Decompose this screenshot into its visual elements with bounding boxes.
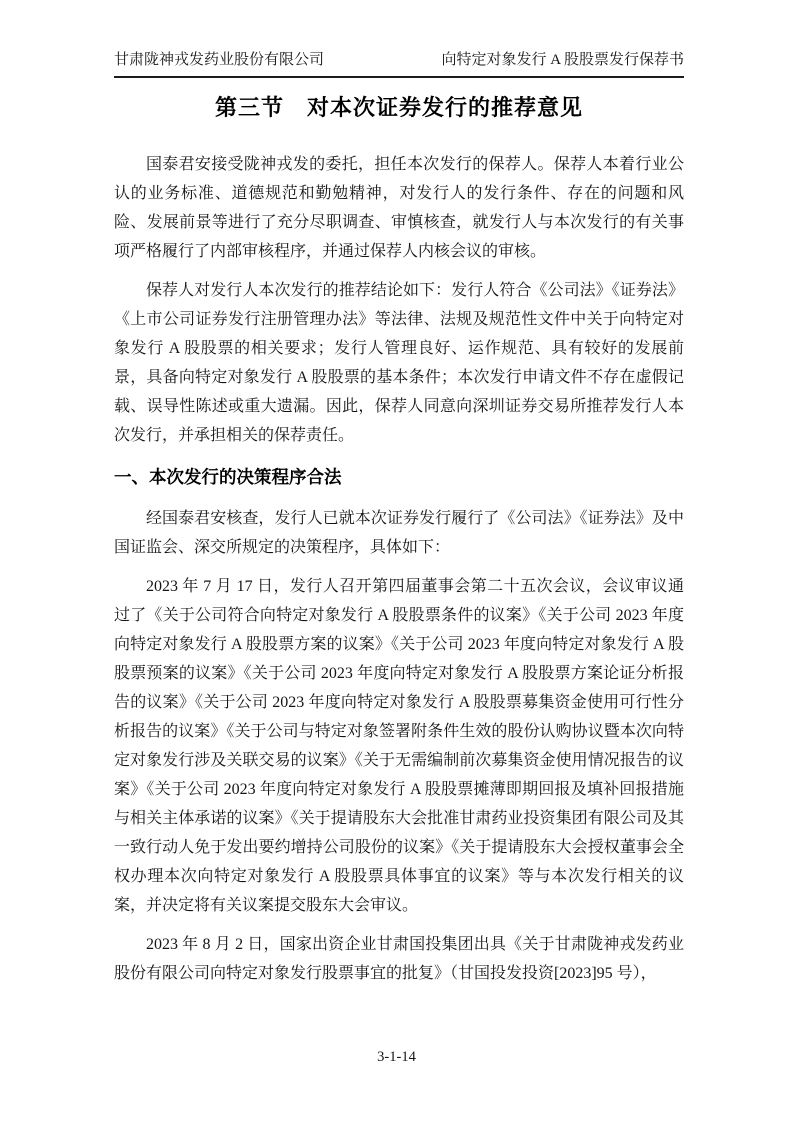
section-one-paragraph-1: 经国泰君安核查，发行人已就本次证券发行履行了《公司法》《证券法》及中国证监会、深… [114,504,684,562]
section-one-paragraph-3: 2023 年 8 月 2 日，国家出资企业甘肃国投集团出具《关于甘肃陇神戎发药业… [114,930,684,988]
section-one-paragraph-2: 2023 年 7 月 17 日，发行人召开第四届董事会第二十五次会议，会议审议通… [114,572,684,920]
header-document-title: 向特定对象发行 A 股股票发行保荐书 [441,50,684,71]
page-header: 甘肃陇神戎发药业股份有限公司 向特定对象发行 A 股股票发行保荐书 [114,50,684,78]
page-number: 3-1-14 [377,1049,416,1065]
page-footer: 3-1-14 [0,1049,793,1066]
section-one-heading: 一、本次发行的决策程序合法 [114,465,684,490]
intro-paragraph-1: 国泰君安接受陇神戎发的委托，担任本次发行的保荐人。保荐人本着行业公认的业务标准、… [114,150,684,266]
header-company-name: 甘肃陇神戎发药业股份有限公司 [114,50,324,71]
intro-paragraph-2: 保荐人对发行人本次发行的推荐结论如下：发行人符合《公司法》《证券法》《上市公司证… [114,276,684,450]
chapter-title: 第三节 对本次证券发行的推荐意见 [114,93,684,123]
document-page: 甘肃陇神戎发药业股份有限公司 向特定对象发行 A 股股票发行保荐书 第三节 对本… [0,0,793,1122]
